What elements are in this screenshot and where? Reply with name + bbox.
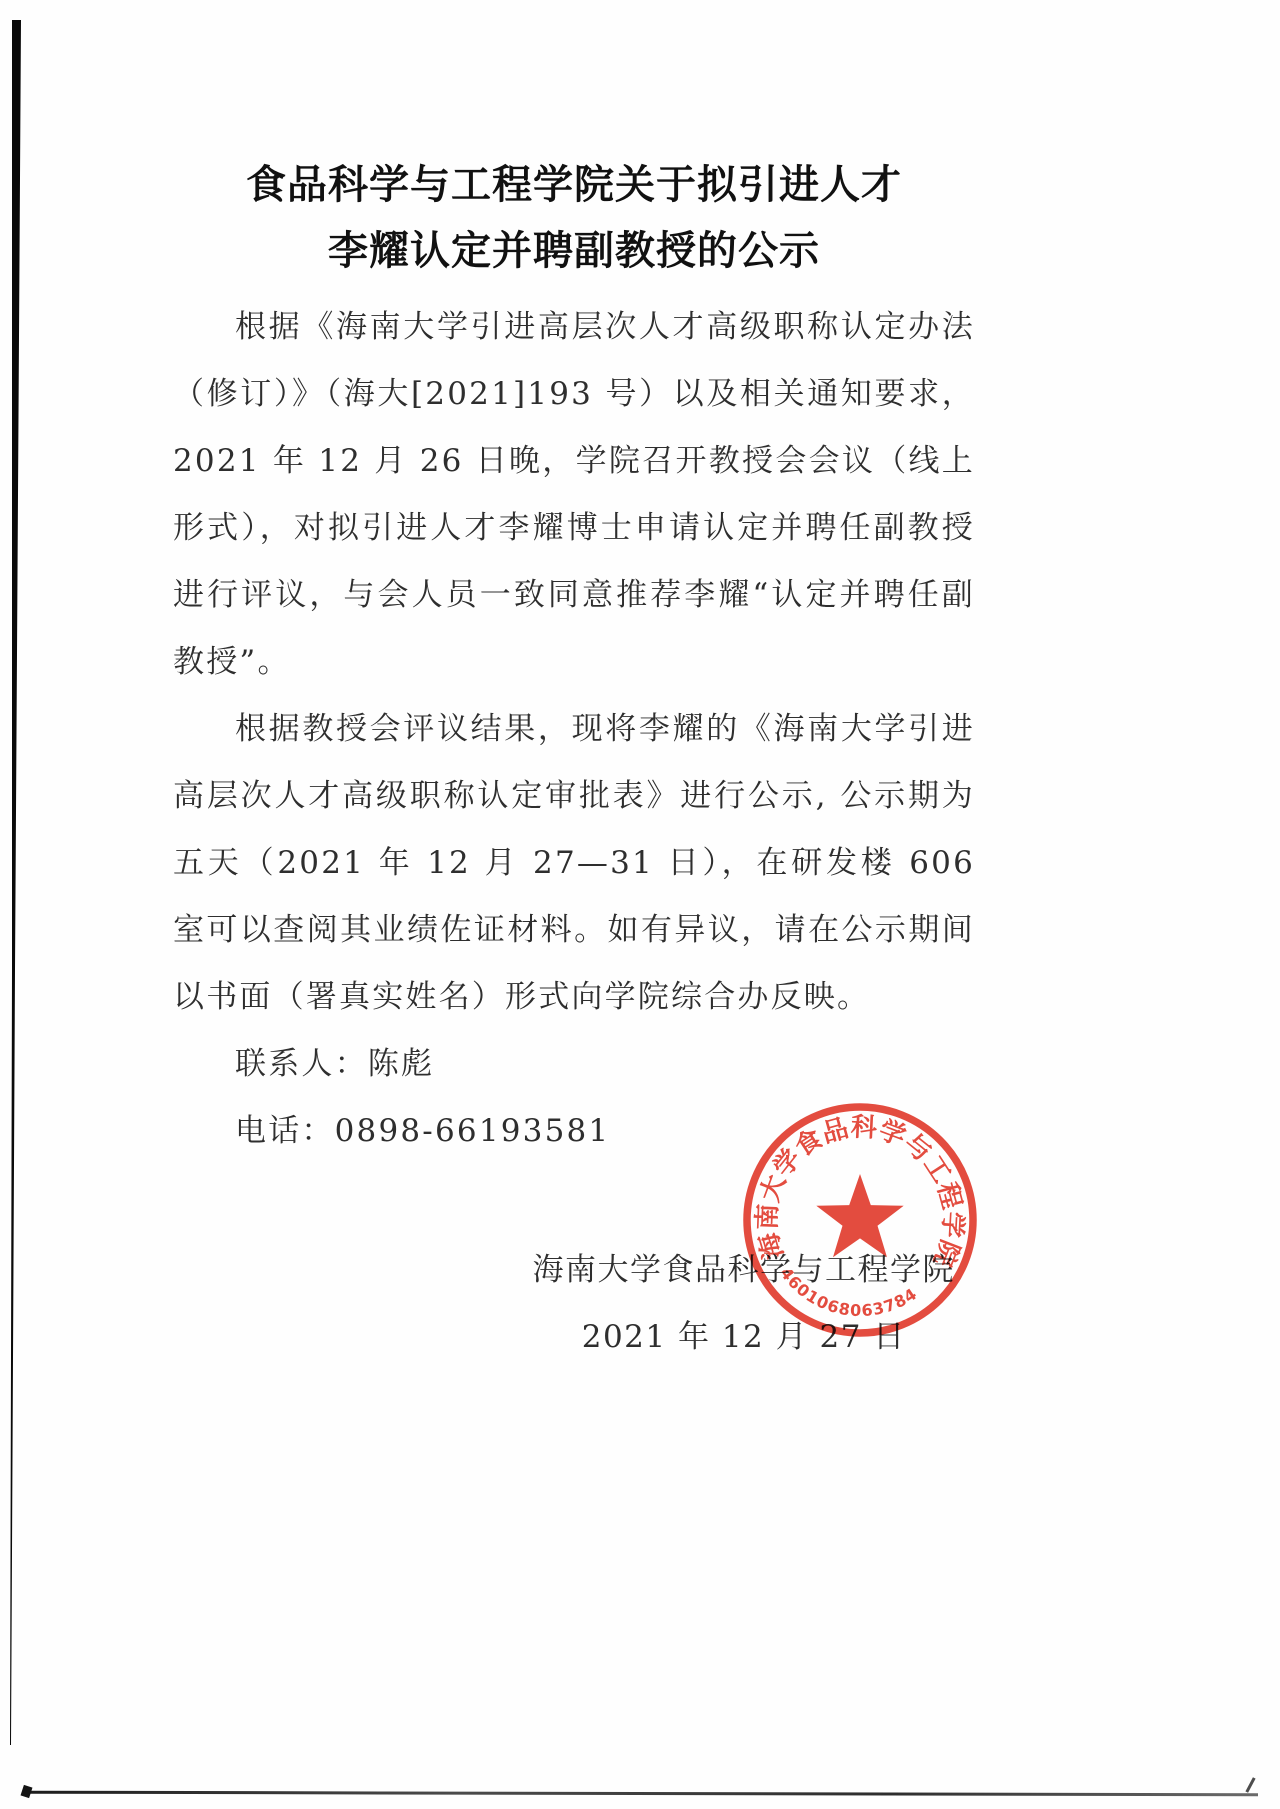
signature-date: 2021 年 12 月 27 日 bbox=[533, 1304, 956, 1371]
scan-artifact-bottom-line bbox=[28, 1791, 1258, 1797]
document-title: 食品科学与工程学院关于拟引进人才 李耀认定并聘副教授的公示 bbox=[173, 0, 975, 284]
document-body: 根据《海南大学引进高层次人才高级职称认定办法（修订）》（海大[2021]193 … bbox=[173, 294, 975, 1165]
title-line-2: 李耀认定并聘副教授的公示 bbox=[173, 218, 975, 284]
contact-person-line: 联系人：陈彪 bbox=[173, 1031, 975, 1098]
scan-artifact-bottom-right-mark bbox=[1245, 1777, 1255, 1793]
scan-artifact-left-edge bbox=[9, 20, 25, 1750]
signature-organization: 海南大学食品科学与工程学院 bbox=[533, 1237, 956, 1304]
document-page: 食品科学与工程学院关于拟引进人才 李耀认定并聘副教授的公示 根据《海南大学引进高… bbox=[0, 0, 1280, 1809]
signature-block: 海南大学食品科学与工程学院 2021 年 12 月 27 日 bbox=[533, 1237, 956, 1371]
paragraph-1: 根据《海南大学引进高层次人才高级职称认定办法（修订）》（海大[2021]193 … bbox=[173, 294, 975, 696]
document-content: 食品科学与工程学院关于拟引进人才 李耀认定并聘副教授的公示 根据《海南大学引进高… bbox=[173, 0, 975, 1371]
contact-phone-line: 电话：0898-66193581 bbox=[173, 1098, 975, 1165]
paragraph-2: 根据教授会评议结果，现将李耀的《海南大学引进高层次人才高级职称认定审批表》进行公… bbox=[173, 696, 975, 1031]
scan-artifact-bottom-left-mark bbox=[21, 1785, 33, 1798]
title-line-1: 食品科学与工程学院关于拟引进人才 bbox=[173, 152, 975, 218]
